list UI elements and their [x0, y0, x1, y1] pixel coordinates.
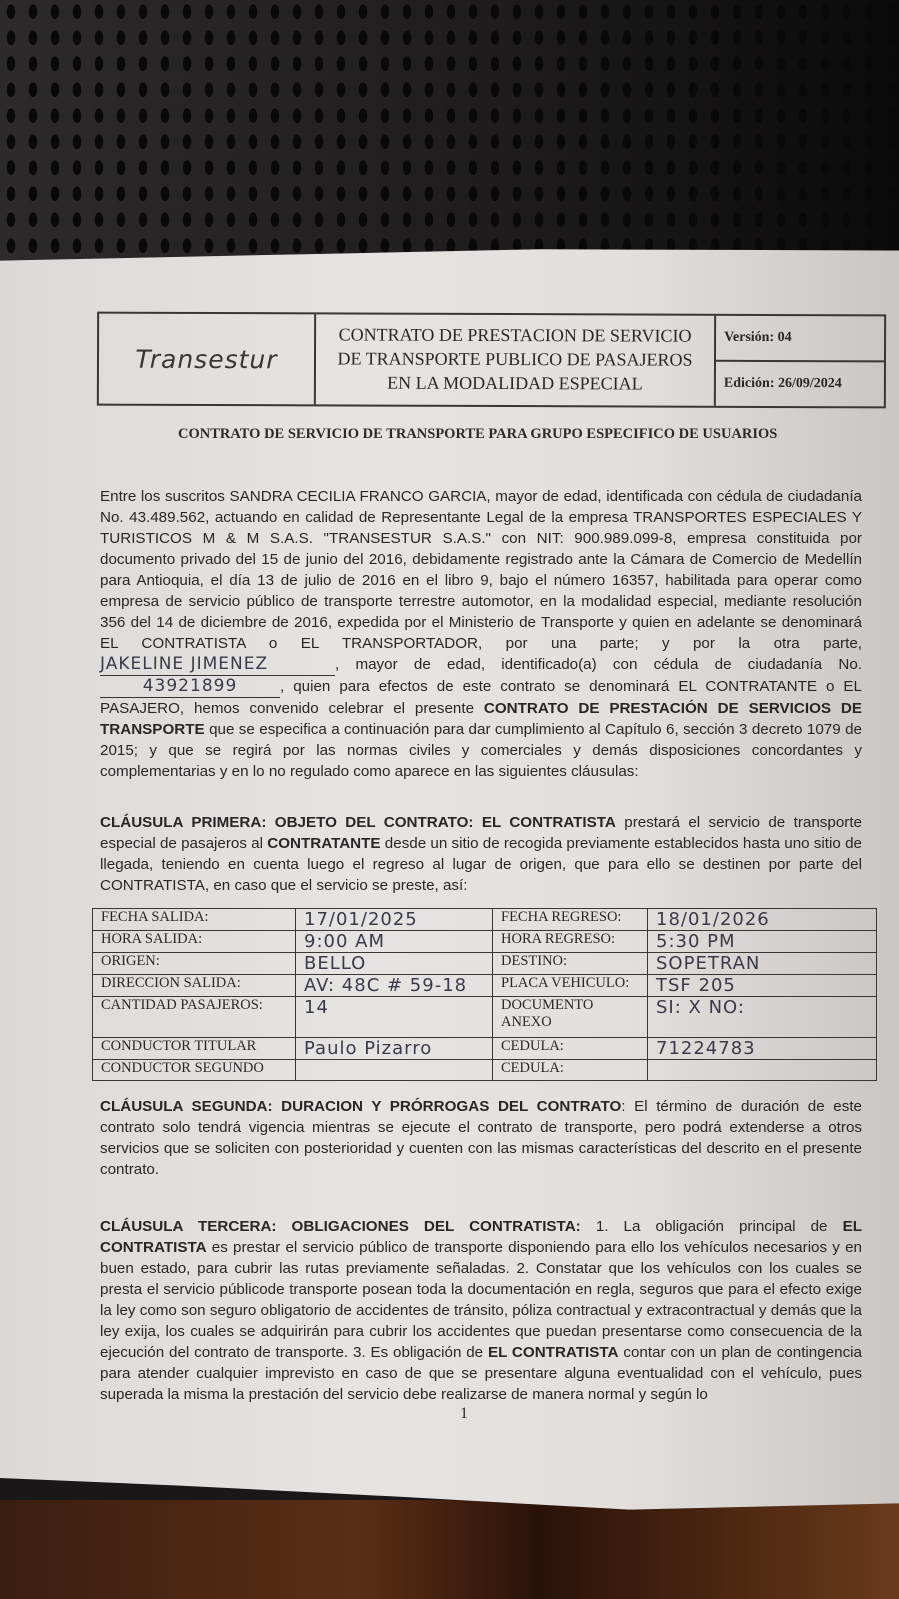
field-value-text: BELLO	[304, 953, 366, 974]
clausula-text: 1. La obligación principal de	[596, 1218, 828, 1235]
table-row: HORA SALIDA:9:00 AMHORA REGRESO:5:30 PM	[93, 931, 877, 953]
field-label-text: CANTIDAD PASAJEROS:	[101, 997, 263, 1013]
field-value	[296, 1060, 493, 1081]
field-value-text: AV: 48C # 59-18	[304, 975, 467, 996]
document-title: CONTRATO DE PRESTACION DE SERVICIO DE TR…	[316, 314, 716, 405]
field-value-text: 18/01/2026	[656, 909, 770, 930]
table-row: CONDUCTOR TITULARPaulo PizarroCEDULA:712…	[93, 1038, 877, 1060]
clausula-tercera: CLÁUSULA TERCERA: OBLIGACIONES DEL CONTR…	[100, 1216, 862, 1405]
clausula-heading: CLÁUSULA PRIMERA: OBJETO DEL CONTRATO: E…	[100, 814, 616, 831]
field-label: DOCUMENTO ANEXO	[493, 997, 648, 1038]
clausula-primera: CLÁUSULA PRIMERA: OBJETO DEL CONTRATO: E…	[100, 812, 862, 896]
field-value-text: TSF 205	[656, 975, 736, 996]
field-label-text: CONDUCTOR TITULAR	[101, 1038, 256, 1054]
field-value-text: 71224783	[656, 1038, 756, 1059]
field-value: 14	[296, 997, 493, 1038]
intro-text: que se especifica a continuación para da…	[100, 721, 862, 780]
intro-text: Entre los suscritos SANDRA CECILIA FRANC…	[100, 488, 862, 652]
field-value: SOPETRAN	[648, 953, 877, 975]
service-details-table: FECHA SALIDA:17/01/2025FECHA REGRESO:18/…	[92, 908, 877, 1081]
company-logo: Transestur	[99, 314, 316, 405]
field-label-text: DESTINO:	[501, 953, 567, 969]
field-value: SI: X NO:	[648, 997, 877, 1038]
intro-paragraph: Entre los suscritos SANDRA CECILIA FRANC…	[100, 486, 862, 782]
document-header: Transestur CONTRATO DE PRESTACION DE SER…	[97, 312, 886, 409]
field-value: 5:30 PM	[648, 931, 877, 953]
field-label: CONDUCTOR SEGUNDO	[93, 1060, 296, 1081]
field-value-text: SI: X NO:	[656, 997, 745, 1018]
field-label: ORIGEN:	[93, 953, 296, 975]
field-value: 9:00 AM	[296, 931, 493, 953]
field-label-text: CEDULA:	[501, 1038, 564, 1054]
field-label: CANTIDAD PASAJEROS:	[93, 997, 296, 1038]
contratante-name: JAKELINE JIMENEZ	[100, 654, 268, 674]
field-value: AV: 48C # 59-18	[296, 975, 493, 997]
field-label: DIRECCION SALIDA:	[93, 975, 296, 997]
contratante-id-field: 43921899	[100, 676, 280, 698]
contract-subtitle: CONTRATO DE SERVICIO DE TRANSPORTE PARA …	[178, 426, 777, 443]
clausula-heading: CLÁUSULA TERCERA: OBLIGACIONES DEL CONTR…	[100, 1218, 581, 1235]
field-label: FECHA REGRESO:	[493, 909, 648, 931]
title-line: EN LA MODALIDAD ESPECIAL	[316, 370, 714, 395]
field-label: CEDULA:	[493, 1038, 648, 1060]
contratante-name-field: JAKELINE JIMENEZ	[100, 654, 335, 676]
clausula-bold: CONTRATANTE	[267, 835, 380, 852]
field-value: TSF 205	[648, 975, 877, 997]
field-label-text: FECHA SALIDA:	[101, 909, 209, 925]
title-line: DE TRANSPORTE PUBLICO DE PASAJEROS	[316, 346, 714, 371]
field-label-text: HORA SALIDA:	[101, 931, 202, 947]
field-label: HORA REGRESO:	[493, 931, 648, 953]
page-number: 1	[460, 1405, 468, 1423]
intro-text: , mayor de edad, identificado(a) con céd…	[335, 656, 862, 673]
field-label-text: DOCUMENTO ANEXO	[501, 997, 593, 1030]
field-label: DESTINO:	[493, 953, 648, 975]
field-label-text: ORIGEN:	[101, 953, 160, 969]
table-row: FECHA SALIDA:17/01/2025FECHA REGRESO:18/…	[93, 909, 877, 931]
version-label: Versión: 04	[716, 316, 884, 363]
clausula-bold: EL CONTRATISTA	[488, 1344, 619, 1361]
field-value	[648, 1060, 877, 1081]
field-value-text: SOPETRAN	[656, 953, 760, 974]
field-label: CONDUCTOR TITULAR	[93, 1038, 296, 1060]
clausula-text: es prestar el servicio público de transp…	[100, 1239, 862, 1361]
edition-label: Edición: 26/09/2024	[716, 362, 884, 407]
field-value: 17/01/2025	[296, 909, 493, 931]
clausula-heading: CLÁUSULA SEGUNDA: DURACION Y PRÓRROGAS D…	[100, 1098, 621, 1115]
field-label: FECHA SALIDA:	[93, 909, 296, 931]
background-table	[0, 1500, 899, 1599]
title-line: CONTRATO DE PRESTACION DE SERVICIO	[316, 322, 714, 347]
table-row: CANTIDAD PASAJEROS:14DOCUMENTO ANEXOSI: …	[93, 997, 877, 1038]
contratante-id: 43921899	[143, 676, 238, 696]
field-label-text: HORA REGRESO:	[501, 931, 615, 947]
field-label-text: CEDULA:	[501, 1060, 564, 1076]
table-row: CONDUCTOR SEGUNDOCEDULA:	[93, 1060, 877, 1081]
table-row: DIRECCION SALIDA:AV: 48C # 59-18PLACA VE…	[93, 975, 877, 997]
field-label: PLACA VEHICULO:	[493, 975, 648, 997]
field-value-text: 17/01/2025	[304, 909, 418, 930]
document-meta: Versión: 04 Edición: 26/09/2024	[716, 316, 884, 407]
table-row: ORIGEN:BELLODESTINO:SOPETRAN	[93, 953, 877, 975]
field-label-text: CONDUCTOR SEGUNDO	[101, 1060, 264, 1076]
field-label-text: FECHA REGRESO:	[501, 909, 621, 925]
field-value-text: 9:00 AM	[304, 931, 385, 952]
field-value-text: 14	[304, 997, 329, 1018]
field-label-text: DIRECCION SALIDA:	[101, 975, 241, 991]
field-label-text: PLACA VEHICULO:	[501, 975, 629, 991]
field-label: HORA SALIDA:	[93, 931, 296, 953]
field-value: Paulo Pizarro	[296, 1038, 493, 1060]
clausula-segunda: CLÁUSULA SEGUNDA: DURACION Y PRÓRROGAS D…	[100, 1096, 862, 1180]
field-value: 71224783	[648, 1038, 877, 1060]
field-value-text: Paulo Pizarro	[304, 1038, 432, 1059]
field-value-text: 5:30 PM	[656, 931, 736, 952]
field-value: 18/01/2026	[648, 909, 877, 931]
background-fabric	[0, 0, 899, 260]
field-value: BELLO	[296, 953, 493, 975]
field-label: CEDULA:	[493, 1060, 648, 1081]
